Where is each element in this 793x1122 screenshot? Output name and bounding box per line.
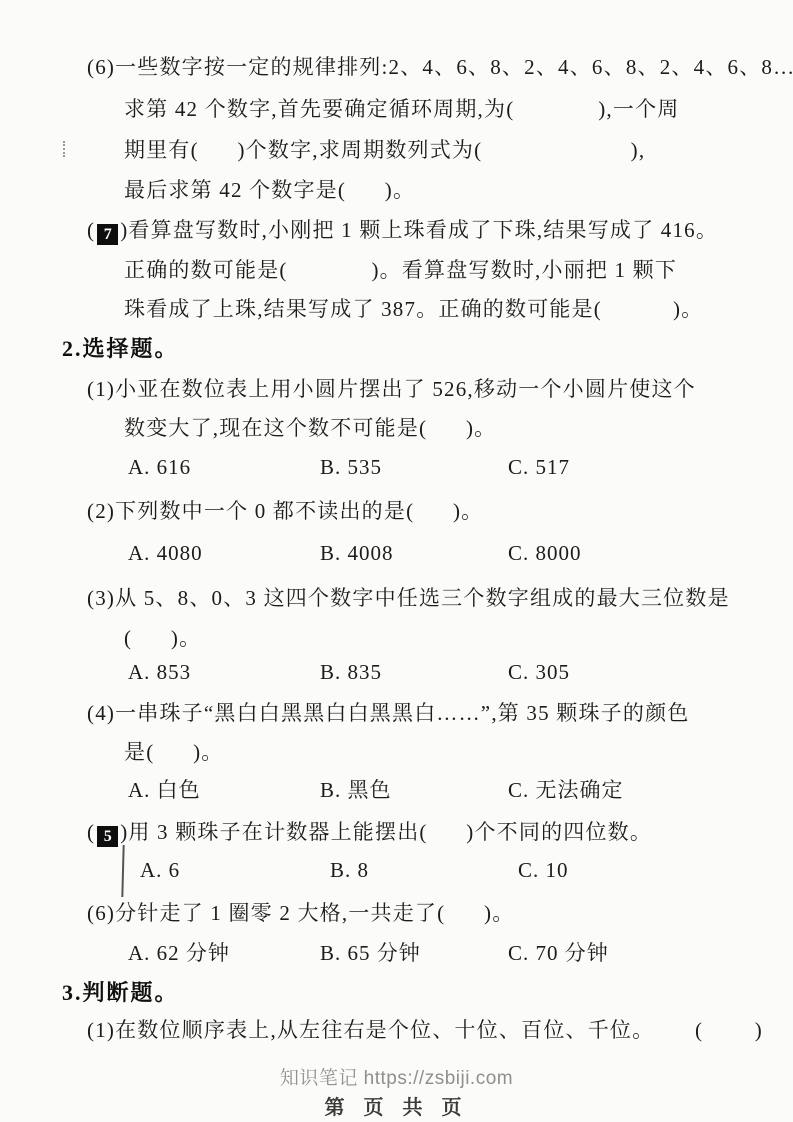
option-c: C. 无法确定	[508, 775, 624, 805]
choice-3-line-2: ( )。	[124, 623, 201, 653]
choice-5-line-1: (5)用 3 颗珠子在计数器上能摆出( )个不同的四位数。	[87, 817, 652, 847]
choice-1-line-2: 数变大了,现在这个数不可能是( )。	[124, 413, 496, 443]
section-2-title: 2.选择题。	[62, 334, 179, 364]
section-3-title: 3.判断题。	[62, 978, 179, 1008]
option-b: B. 黑色	[320, 775, 392, 805]
option-b: B. 8	[330, 855, 369, 885]
question-7-line-1-text: )看算盘写数时,小刚把 1 颗上珠看成了下珠,结果写成了 416。	[120, 218, 718, 242]
choice-2-line-1: (2)下列数中一个 0 都不读出的是( )。	[87, 496, 483, 526]
question-7-line-2: 正确的数可能是( )。看算盘写数时,小丽把 1 颗下	[124, 255, 677, 285]
question-6-line-3: 期里有( )个数字,求周期数列式为( ),	[124, 135, 645, 165]
judgment-1-text: (1)在数位顺序表上,从左往右是个位、十位、百位、千位。	[87, 1018, 654, 1042]
choice-3-line-1: (3)从 5、8、0、3 这四个数字中任选三个数字组成的最大三位数是	[87, 583, 730, 613]
worksheet-page: (6)一些数字按一定的规律排列:2、4、6、8、2、4、6、8、2、4、6、8……	[0, 0, 793, 1122]
scan-artifact-dash	[63, 141, 68, 157]
choice-4-options: A. 白色 B. 黑色 C. 无法确定	[0, 775, 793, 805]
question-7-line-3: 珠看成了上珠,结果写成了 387。正确的数可能是( )。	[124, 294, 703, 324]
option-b: B. 4008	[320, 538, 394, 568]
option-b: B. 835	[320, 657, 382, 687]
option-c: C. 70 分钟	[508, 938, 609, 968]
choice-6-line-1: (6)分针走了 1 圈零 2 大格,一共走了( )。	[87, 898, 514, 928]
option-c: C. 10	[518, 855, 569, 885]
judgment-1-line-1: (1)在数位顺序表上,从左往右是个位、十位、百位、千位。( )	[87, 1015, 767, 1045]
question-6-line-1: (6)一些数字按一定的规律排列:2、4、6、8、2、4、6、8、2、4、6、8……	[87, 52, 793, 82]
boxed-number-7: 7	[97, 224, 118, 245]
option-a: A. 白色	[128, 775, 201, 805]
choice-1-options: A. 616 B. 535 C. 517	[0, 452, 793, 482]
question-6-line-4: 最后求第 42 个数字是( )。	[124, 175, 415, 205]
watermark-link: 知识笔记 https://zsbiji.com	[0, 1063, 793, 1090]
choice-5-options: A. 6 B. 8 C. 10	[0, 855, 793, 885]
judgment-1-answer-blank: ( )	[695, 1015, 763, 1045]
paren-open: (	[87, 820, 95, 844]
choice-6-options: A. 62 分钟 B. 65 分钟 C. 70 分钟	[0, 938, 793, 968]
option-a: A. 62 分钟	[128, 938, 230, 968]
choice-2-options: A. 4080 B. 4008 C. 8000	[0, 538, 793, 568]
page-number-label: 第 页 共 页	[0, 1091, 793, 1120]
option-b: B. 65 分钟	[320, 938, 421, 968]
choice-4-line-1: (4)一串珠子“黑白白黑黑白白黑黑白……”,第 35 颗珠子的颜色	[87, 698, 689, 728]
option-c: C. 8000	[508, 538, 582, 568]
question-6-line-2: 求第 42 个数字,首先要确定循环周期,为( ),一个周	[124, 94, 680, 124]
choice-3-options: A. 853 B. 835 C. 305	[0, 657, 793, 687]
choice-5-line-1-text: )用 3 颗珠子在计数器上能摆出( )个不同的四位数。	[120, 820, 652, 844]
option-a: A. 4080	[128, 538, 203, 568]
option-c: C. 517	[508, 452, 570, 482]
option-c: C. 305	[508, 657, 570, 687]
option-b: B. 535	[320, 452, 382, 482]
paren-open: (	[87, 218, 95, 242]
option-a: A. 6	[140, 855, 180, 885]
choice-1-line-1: (1)小亚在数位表上用小圆片摆出了 526,移动一个小圆片使这个	[87, 374, 696, 404]
choice-4-line-2: 是( )。	[124, 737, 224, 767]
boxed-number-5: 5	[97, 826, 118, 847]
question-7-line-1: (7)看算盘写数时,小刚把 1 颗上珠看成了下珠,结果写成了 416。	[87, 215, 718, 245]
option-a: A. 616	[128, 452, 191, 482]
option-a: A. 853	[128, 657, 191, 687]
